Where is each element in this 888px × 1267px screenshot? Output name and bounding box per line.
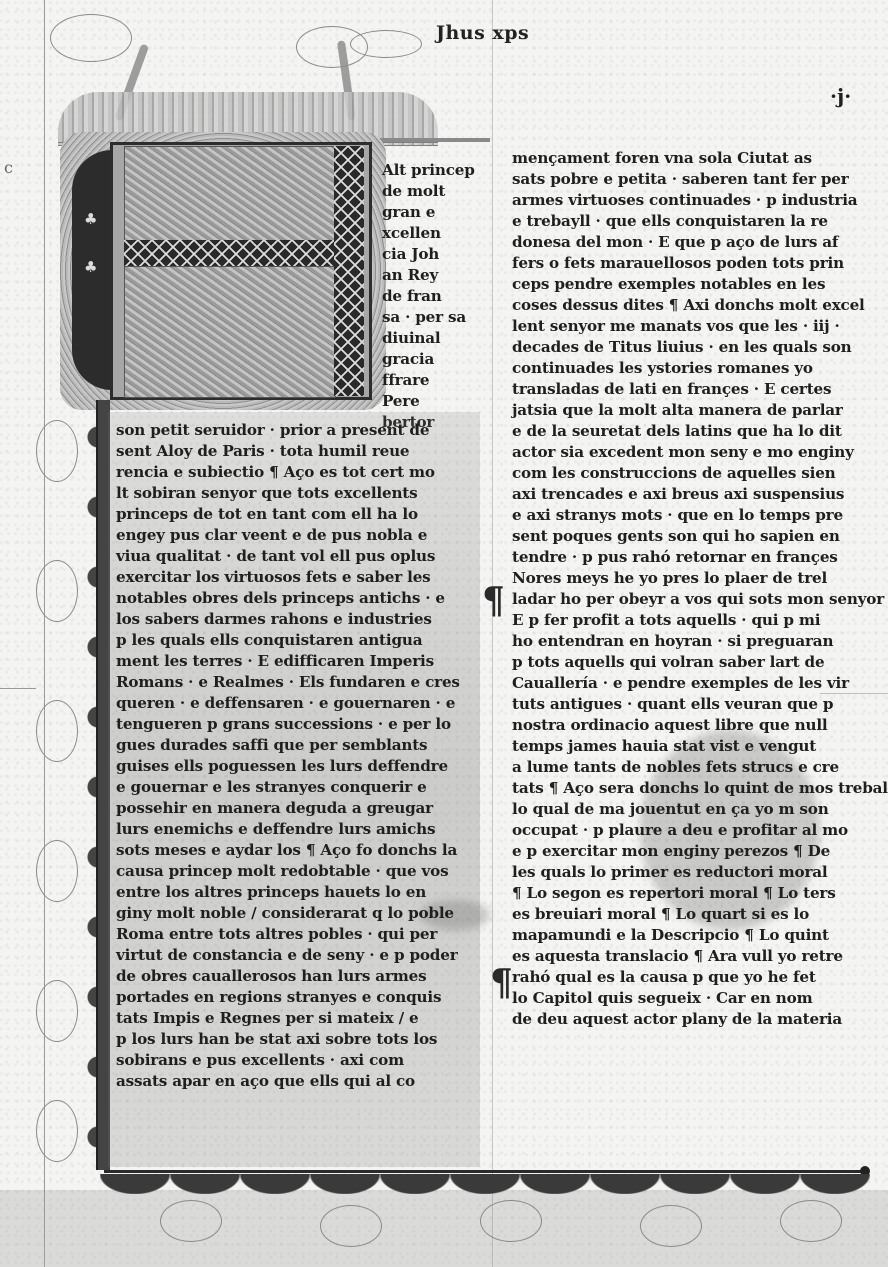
text-line: sobirans e pus excellents · axi com: [116, 1050, 460, 1071]
margin-mark: c: [4, 158, 13, 177]
text-line: notables obres dels princeps antichs · e: [116, 588, 460, 609]
left-border-scallops: [74, 402, 98, 1162]
text-line: guises ells poguessen les lurs deffendre: [116, 756, 460, 777]
folio-number: ·j·: [830, 84, 851, 108]
text-line: p los lurs han be stat axi sobre tots lo…: [116, 1029, 460, 1050]
flourish-curl: [36, 1100, 78, 1162]
text-line: Alt princep: [382, 160, 475, 181]
text-line: tats ¶ Aço sera donchs lo quint de mos t…: [512, 778, 888, 799]
trefoil-icon: ♣: [84, 210, 97, 228]
text-line: virtut de constancia e de seny · e p pod…: [116, 945, 460, 966]
flourish-curl: [36, 840, 78, 902]
running-head: Jhus xps: [436, 22, 529, 44]
text-line: armes virtuoses continuades · p industri…: [512, 190, 888, 211]
text-line: assats apar en aço que ells qui al co: [116, 1071, 460, 1092]
text-line: an Rey: [382, 265, 475, 286]
text-line: ffrare: [382, 370, 475, 391]
text-line: viua qualitat · de tant vol ell pus oplu…: [116, 546, 460, 567]
column-ruling: [492, 0, 493, 1267]
text-line: occupat · p plaure a deu e profitar al m…: [512, 820, 888, 841]
text-line: e trebayll · que ells conquistaren la re: [512, 211, 888, 232]
text-line: e p exercitar mon enginy perezos ¶ De: [512, 841, 888, 862]
margin-ruling-left: [44, 0, 45, 1267]
text-line: de molt: [382, 181, 475, 202]
text-line: Pere: [382, 391, 475, 412]
text-line: possehir en manera deguda a greugar: [116, 798, 460, 819]
flourish-curl: [36, 420, 78, 482]
text-line: lent senyor me manats vos que les · iij …: [512, 316, 888, 337]
text-line: gracia: [382, 349, 475, 370]
bottom-border-swags: [100, 1174, 870, 1194]
text-line: cia Joh: [382, 244, 475, 265]
text-line: ladar ho per obeyr a vos qui sots mon se…: [512, 589, 888, 610]
paragraph-mark-icon: ¶: [482, 580, 505, 622]
text-line: sots meses e aydar los ¶ Aço fo donchs l…: [116, 840, 460, 861]
text-line: queren · e deffensaren · e gouernaren · …: [116, 693, 460, 714]
text-line: de obres cauallerosos han lurs armes: [116, 966, 460, 987]
text-line: actor sia excedent mon seny e mo enginy: [512, 442, 888, 463]
text-line: tengueren p grans successions · e per lo: [116, 714, 460, 735]
text-line: exercitar los virtuosos fets e saber les: [116, 567, 460, 588]
flourish-curl: [160, 1200, 222, 1242]
text-line: sent Aloy de Paris · tota humil reue: [116, 441, 460, 462]
text-line: giny molt noble / considerarat q lo pobl…: [116, 903, 460, 924]
text-line: donesa del mon · E que p aço de lurs af: [512, 232, 888, 253]
text-line: lt sobiran senyor que tots excellents: [116, 483, 460, 504]
text-line: son petit seruidor · prior a present de: [116, 420, 460, 441]
text-line: Cauallería · e pendre exemples de les vi…: [512, 673, 888, 694]
flourish-curl: [640, 1205, 702, 1247]
text-line: continuades les ystories romanes yo: [512, 358, 888, 379]
text-line: de deu aquest actor plany de la materia: [512, 1009, 888, 1030]
text-line: ho entendran en hoyran · si preguaran: [512, 631, 888, 652]
text-line: Nores meys he yo pres lo plaer de trel: [512, 568, 888, 589]
text-line: ceps pendre exemples notables en les: [512, 274, 888, 295]
text-line: portades en regions stranyes e conquis: [116, 987, 460, 1008]
flourish-curl: [50, 14, 132, 62]
initial-zigzag-crossbar: [124, 240, 334, 266]
text-line: sent poques gents son qui ho sapien en: [512, 526, 888, 547]
text-line: les quals lo primer es reductori moral: [512, 862, 888, 883]
text-line: transladas de lati en françes · E certes: [512, 379, 888, 400]
text-line: tats Impis e Regnes per si mateix / e: [116, 1008, 460, 1029]
text-line: sa · per sa: [382, 307, 475, 328]
text-line: ment les terres · E edifficaren Imperis: [116, 651, 460, 672]
text-line: E p fer profit a tots aquells · qui p mi: [512, 610, 888, 631]
text-line: tendre · p pus rahó retornar en françes: [512, 547, 888, 568]
initial-panel-upper: [124, 146, 336, 242]
text-line: mapamundi e la Descripcio ¶ Lo quint: [512, 925, 888, 946]
text-line: axi trencades e axi breus axi suspensius: [512, 484, 888, 505]
paragraph-mark-icon: ¶: [490, 962, 513, 1004]
text-line: xcellen: [382, 223, 475, 244]
text-line: mençament foren vna sola Ciutat as: [512, 148, 888, 169]
text-line: p tots aquells qui volran saber lart de: [512, 652, 888, 673]
text-line: lo qual de ma jouentut en ça yo m son: [512, 799, 888, 820]
flourish-curl: [36, 980, 78, 1042]
flourish-curl: [36, 700, 78, 762]
left-column-text: son petit seruidor · prior a present de …: [116, 420, 460, 1092]
text-line: nostra ordinacio aquest libre que null: [512, 715, 888, 736]
text-line: com les construccions de aquelles sien: [512, 463, 888, 484]
text-line: diuinal: [382, 328, 475, 349]
initial-panel-lower: [124, 266, 336, 398]
text-line: Roma entre tots altres pobles · qui per: [116, 924, 460, 945]
bottom-border-rule: [104, 1170, 864, 1173]
flourish-curl: [350, 30, 422, 58]
text-line: gues durades saffi que per semblants: [116, 735, 460, 756]
text-line: e gouernar e les stranyes conquerir e: [116, 777, 460, 798]
trefoil-icon: ♣: [84, 258, 97, 276]
text-line: temps james hauia stat vist e vengut: [512, 736, 888, 757]
text-line: tuts antigues · quant ells veuran que p: [512, 694, 888, 715]
text-line: es breuiari moral ¶ Lo quart si es lo: [512, 904, 888, 925]
flourish-curl: [320, 1205, 382, 1247]
flourish-curl: [36, 560, 78, 622]
text-line: e de la seuretat dels latins que ha lo d…: [512, 421, 888, 442]
text-line: los sabers darmes rahons e industries: [116, 609, 460, 630]
text-line: a lume tants de nobles fets strucs e cre: [512, 757, 888, 778]
text-line: e axi stranys mots · que en lo temps pre: [512, 505, 888, 526]
margin-tick: [0, 688, 36, 689]
text-line: engey pus clar veent e de pus nobla e: [116, 525, 460, 546]
text-line: lo Capitol quis segueix · Car en nom: [512, 988, 888, 1009]
text-line: rahó qual es la causa p que yo he fet: [512, 967, 888, 988]
text-line: sats pobre e petita · saberen tant fer p…: [512, 169, 888, 190]
text-line: fers o fets marauellosos poden tots prin: [512, 253, 888, 274]
bottom-margin-shading: [0, 1190, 888, 1267]
text-line: p les quals ells conquistaren antigua: [116, 630, 460, 651]
text-line: ¶ Lo segon es repertori moral ¶ Lo ters: [512, 883, 888, 904]
text-line: jatsia que la molt alta manera de parlar: [512, 400, 888, 421]
right-column-text: mençament foren vna sola Ciutat as sats …: [512, 148, 888, 1030]
text-line: entre los altres princeps hauets lo en: [116, 882, 460, 903]
text-line: coses dessus dites ¶ Axi donchs molt exc…: [512, 295, 888, 316]
text-line: es aquesta translacio ¶ Ara vull yo retr…: [512, 946, 888, 967]
text-line: de fran: [382, 286, 475, 307]
text-line: decades de Titus liuius · en les quals s…: [512, 337, 888, 358]
initial-zigzag-stem: [334, 146, 364, 396]
flourish-curl: [780, 1200, 842, 1242]
text-line: lurs enemichs e deffendre lurs amichs: [116, 819, 460, 840]
text-beside-initial: Alt princep de molt gran e xcellen cia J…: [382, 160, 475, 433]
text-line: rencia e subiectio ¶ Aço es tot cert mo: [116, 462, 460, 483]
text-line: gran e: [382, 202, 475, 223]
text-line: princeps de tot en tant com ell ha lo: [116, 504, 460, 525]
flourish-extension: [380, 138, 490, 142]
flourish-curl: [480, 1200, 542, 1242]
text-line: causa princep molt redobtable · que vos: [116, 861, 460, 882]
text-line: Romans · e Realmes · Els fundaren e cres: [116, 672, 460, 693]
